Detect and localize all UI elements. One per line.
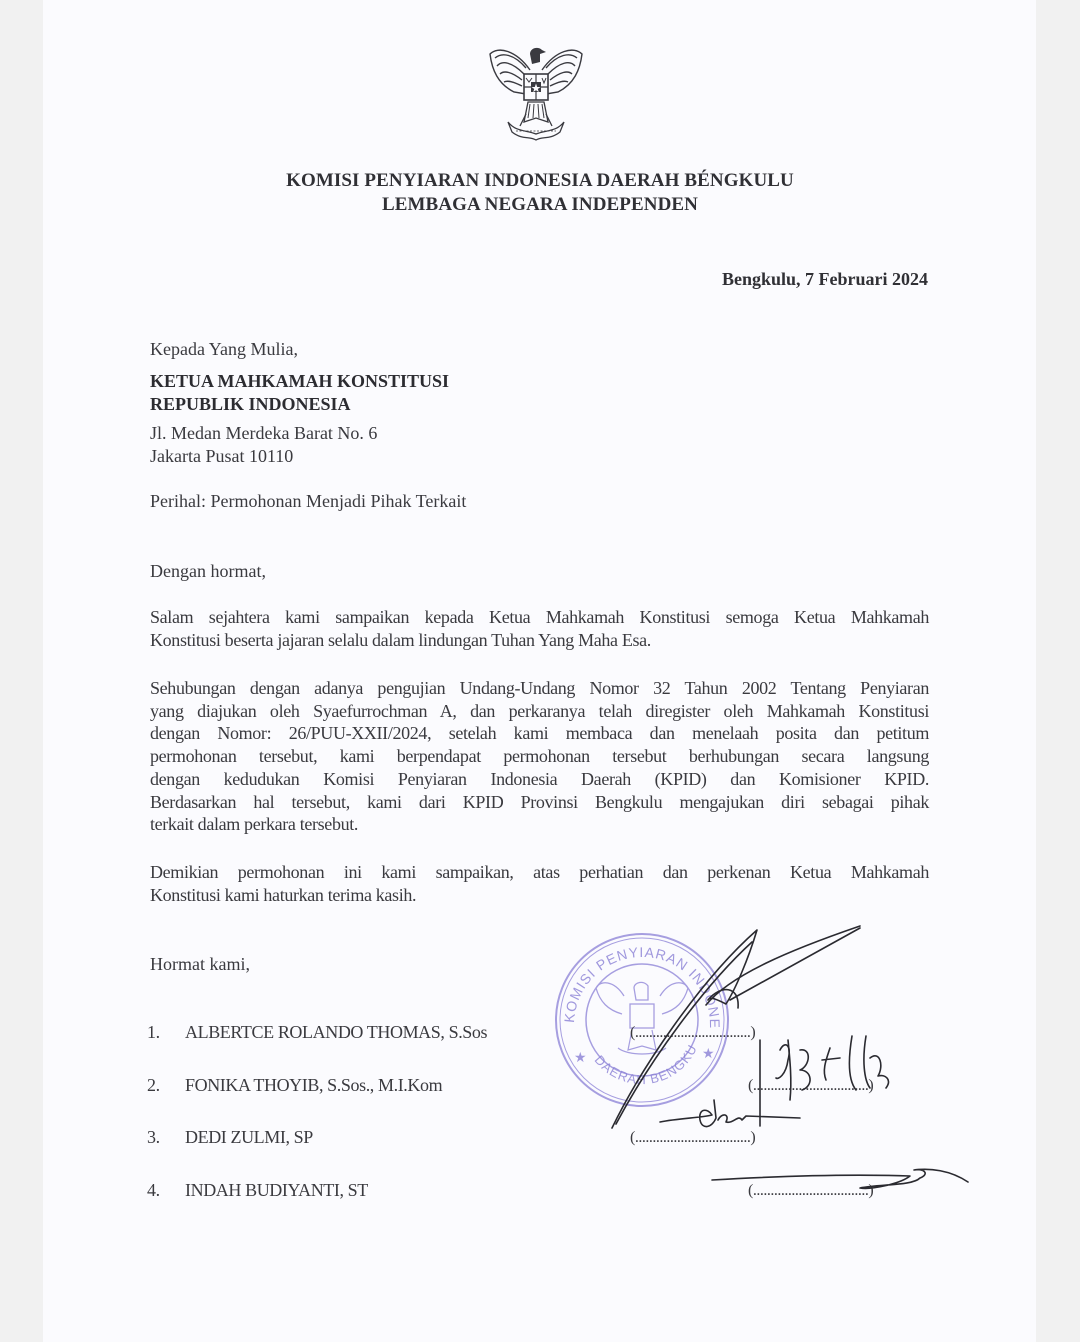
paragraph-body: Sehubungan dengan adanya pengujian Undan… xyxy=(150,677,929,836)
signatory-row: 1.ALBERTCE ROLANDO THOMAS, S.Sos xyxy=(147,1022,487,1043)
garuda-emblem-icon xyxy=(486,40,586,145)
recipient-title-line-1: KETUA MAHKAMAH KONSTITUSI xyxy=(150,371,449,392)
signatory-name: FONIKA THOYIB, S.Sos., M.I.Kom xyxy=(185,1075,442,1095)
signatory-number: 4. xyxy=(147,1180,185,1201)
signature-blank: (.................................) xyxy=(630,1024,755,1042)
official-stamp-icon: KOMISI PENYIARAN INDONESIA DAERAH BENGKU… xyxy=(552,930,732,1110)
signature-blank: (.................................) xyxy=(748,1182,873,1200)
signatory-number: 3. xyxy=(147,1127,185,1148)
signatory-row: 2.FONIKA THOYIB, S.Sos., M.I.Kom xyxy=(147,1075,442,1096)
paragraph-line: yang diajukan oleh Syaefurrochman A, dan… xyxy=(150,700,929,723)
signatory-name: ALBERTCE ROLANDO THOMAS, S.Sos xyxy=(185,1022,487,1042)
signature-blank: (.................................) xyxy=(630,1129,755,1147)
place-date: Bengkulu, 7 Februari 2024 xyxy=(722,269,928,290)
signatory-name: INDAH BUDIYANTI, ST xyxy=(185,1180,368,1200)
recipient-address-line-1: Jl. Medan Merdeka Barat No. 6 xyxy=(150,423,377,444)
paragraph-line: Salam sejahtera kami sampaikan kepada Ke… xyxy=(150,606,929,629)
paragraph-closing: Demikian permohonan ini kami sampaikan, … xyxy=(150,861,929,906)
paragraph-line: Sehubungan dengan adanya pengujian Undan… xyxy=(150,677,929,700)
paragraph-line: Konstitusi kami haturkan terima kasih. xyxy=(150,884,929,907)
signatory-number: 2. xyxy=(147,1075,185,1096)
paragraph-line: terkait dalam perkara tersebut. xyxy=(150,813,929,836)
svg-text:★: ★ xyxy=(702,1045,715,1061)
recipient-title-line-2: REPUBLIK INDONESIA xyxy=(150,394,351,415)
closing-phrase: Hormat kami, xyxy=(150,954,250,975)
signature-blank: (.................................) xyxy=(748,1077,873,1095)
subject-line: Perihal: Permohonan Menjadi Pihak Terkai… xyxy=(150,491,466,512)
recipient-address-line-2: Jakarta Pusat 10110 xyxy=(150,446,293,467)
svg-text:★: ★ xyxy=(574,1049,587,1065)
signatory-number: 1. xyxy=(147,1022,185,1043)
letterhead-line-2: LEMBAGA NEGARA INDEPENDEN xyxy=(0,194,1080,216)
signatory-name: DEDI ZULMI, SP xyxy=(185,1127,313,1147)
letterhead-line-1: KOMISI PENYIARAN INDONESIA DAERAH BÉNGKU… xyxy=(0,170,1080,192)
signatory-row: 3.DEDI ZULMI, SP xyxy=(147,1127,313,1148)
paragraph-line: dengan kedudukan Komisi Penyiaran Indone… xyxy=(150,768,929,791)
paragraph-opening: Salam sejahtera kami sampaikan kepada Ke… xyxy=(150,606,929,651)
paragraph-line: dengan Nomor: 26/PUU-XXII/2024, setelah … xyxy=(150,722,929,745)
paragraph-line: Demikian permohonan ini kami sampaikan, … xyxy=(150,861,929,884)
paragraph-line: Berdasarkan hal tersebut, kami dari KPID… xyxy=(150,791,929,814)
recipient-salutation: Kepada Yang Mulia, xyxy=(150,339,298,360)
signatory-row: 4.INDAH BUDIYANTI, ST xyxy=(147,1180,368,1201)
paragraph-line: permohonan tersebut, kami berpendapat pe… xyxy=(150,745,929,768)
paragraph-line: Konstitusi beserta jajaran selalu dalam … xyxy=(150,629,929,652)
greeting: Dengan hormat, xyxy=(150,561,266,582)
